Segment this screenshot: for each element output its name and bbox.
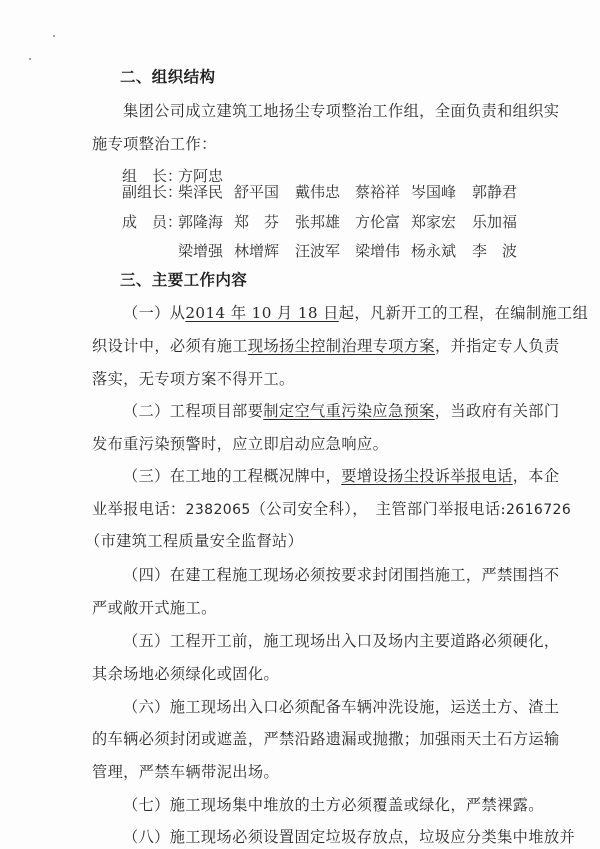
- item-1-text: 起，凡新开工的工程，在编制施工组: [339, 304, 588, 322]
- item-3-prefix: （三）在工地的工程概况牌中，: [123, 467, 341, 485]
- item-4-line-1: （四）在建工程施工现场必须按要求封闭围挡施工，严禁围挡不: [123, 565, 508, 585]
- member-name: 郑家宏: [411, 212, 456, 232]
- scan-speck: [53, 35, 55, 37]
- item-1-prefix: （一）从: [123, 304, 185, 322]
- item-3-text: 业举报电话：: [92, 500, 186, 518]
- member-name: 郭隆海: [178, 212, 223, 232]
- item-8-line-1: （八）施工现场必须设置固定垃圾存放点，垃圾应分类集中堆放并: [123, 827, 508, 847]
- item-3-line-2: 业举报电话：2382065（公司安全科）， 主管部门举报电话:2616726: [92, 499, 508, 520]
- item-7-line-1: （七）施工现场集中堆放的土方必须覆盖或绿化，严禁裸露。: [123, 795, 508, 815]
- item-2-prefix: （二）工程项目部要: [123, 402, 263, 420]
- scan-speck: [29, 58, 31, 60]
- deputy-label: 副组长：: [122, 182, 182, 202]
- item-2-line-2: 发布重污染预警时，应立即启动应急响应。: [92, 434, 508, 454]
- section-heading-organization: 二、组织结构: [120, 67, 536, 87]
- item-1-text: ，并指定专人负责: [435, 337, 560, 355]
- item-3-emphasis: 要增设扬尘投诉举报电话: [341, 467, 512, 485]
- deputy-name: 戴伟忠: [295, 182, 340, 202]
- item-1-line-2: 织设计中，必须有施工现场扬尘控制治理专项方案，并指定专人负责: [92, 336, 508, 356]
- item-6-line-3: 管理，严禁车辆带泥出场。: [92, 762, 508, 782]
- company-phone: 2382065: [186, 502, 251, 518]
- member-name: 乐加福: [472, 212, 517, 232]
- member-name: 张邦雄: [295, 212, 340, 232]
- members-label: 成 员：: [122, 212, 182, 232]
- item-2-emphasis: 制定空气重污染应急预案: [263, 402, 434, 420]
- document-page: 二、组织结构 集团公司成立建筑工地扬尘专项整治工作组，全面负责和组织实 施专项整…: [0, 0, 600, 849]
- item-1-emphasis: 现场扬尘控制治理专项方案: [248, 337, 435, 355]
- member-name: 梁增强: [178, 241, 223, 261]
- member-name: 郑 芬: [234, 212, 279, 232]
- deputy-name: 郭静君: [472, 182, 517, 202]
- item-4-line-2: 严或敞开式施工。: [92, 598, 508, 618]
- member-name: 梁增伟: [355, 241, 400, 261]
- paragraph-line: 集团公司成立建筑工地扬尘专项整治工作组，全面负责和组织实: [123, 101, 508, 121]
- item-1-text: 织设计中，必须有施工: [92, 337, 248, 355]
- member-name: 汪波军: [295, 241, 340, 261]
- deputy-name: 蔡裕祥: [355, 182, 400, 202]
- item-2-line-1: （二）工程项目部要制定空气重污染应急预案，当政府有关部门: [123, 401, 508, 421]
- deputy-name: 柴泽民: [178, 182, 223, 202]
- dept-phone: 2616726: [506, 502, 571, 518]
- paragraph-line: 施专项整治工作：: [92, 134, 508, 154]
- deputy-name: 舒平国: [234, 182, 279, 202]
- item-3-line-3: （市建筑工程质量安全监督站）: [85, 531, 501, 551]
- item-3-text: （公司安全科）， 主管部门举报电话:: [251, 500, 506, 518]
- item-1-line-3: 落实，无专项方案不得开工。: [92, 369, 508, 389]
- item-6-line-1: （六）施工现场出入口必须配备车辆冲洗设施，运送土方、渣土: [123, 697, 508, 717]
- item-5-line-2: 其余场地必须绿化或固化。: [92, 664, 508, 684]
- item-3-line-1: （三）在工地的工程概况牌中，要增设扬尘投诉举报电话，本企: [123, 466, 508, 486]
- item-2-text: ，当政府有关部门: [435, 402, 560, 420]
- member-name: 林增辉: [234, 241, 279, 261]
- member-name: 杨永斌: [411, 241, 456, 261]
- item-1-date: 2014 年 10 月 18 日: [185, 304, 338, 322]
- item-3-text: ，本企: [513, 467, 560, 485]
- item-5-line-1: （五）工程开工前，施工现场出入口及场内主要道路必须硬化，: [123, 631, 508, 651]
- deputy-name: 岑国峰: [411, 182, 456, 202]
- item-6-line-2: 的车辆必须封闭或遮盖，严禁沿路遗漏或抛撒；加强雨天土石方运输: [92, 729, 508, 749]
- section-heading-main-work: 三、主要工作内容: [120, 270, 536, 290]
- member-name: 李 波: [472, 241, 517, 261]
- item-1-line-1: （一）从2014 年 10 月 18 日起，凡新开工的工程，在编制施工组: [123, 303, 508, 323]
- member-name: 方伦富: [355, 212, 400, 232]
